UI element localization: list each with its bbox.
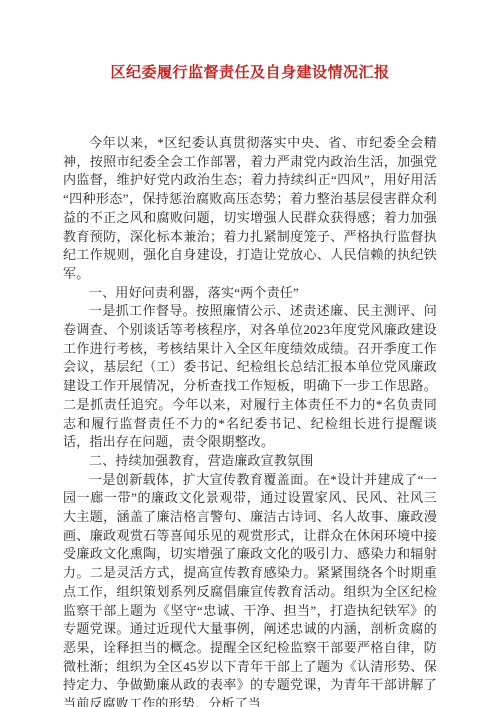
document-body: 今年以来，*区纪委认真贯彻落实中央、省、市纪委全会精神，按照市纪委全会工作部署，… — [63, 134, 437, 707]
section-heading-1: 一、用好问责利器，落实“两个责任” — [63, 284, 437, 303]
document-title: 区纪委履行监督责任及自身建设情况汇报 — [0, 61, 500, 82]
section-heading-2: 二、持续加强教育，营造廉政宣教氛围 — [63, 452, 437, 471]
document-page: 区纪委履行监督责任及自身建设情况汇报 今年以来，*区纪委认真贯彻落实中央、省、市… — [0, 0, 500, 707]
paragraph-section-1: 一是抓工作督导。按照廉情公示、述责述廉、民主测评、问卷调查、个别谈话等考核程序，… — [63, 302, 437, 452]
paragraph-intro: 今年以来，*区纪委认真贯彻落实中央、省、市纪委全会精神，按照市纪委全会工作部署，… — [63, 134, 437, 284]
paragraph-section-2: 一是创新载体，扩大宣传教育覆盖面。在*设计并建成了“一园一廊一带”的廉政文化景观… — [63, 471, 437, 707]
